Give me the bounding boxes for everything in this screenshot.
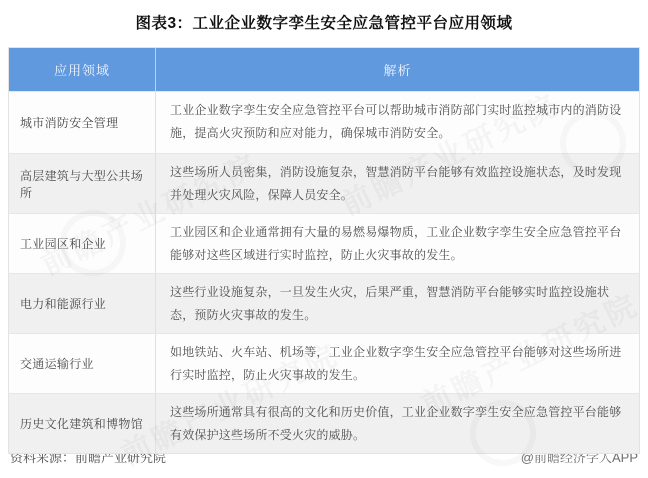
table-row: 电力和能源行业 这些行业设施复杂，一旦发生火灾，后果严重，智慧消防平台能够实时监… [9,273,639,333]
analysis-cell: 这些行业设施复杂，一旦发生火灾，后果严重，智慧消防平台能够实时监控设施状态，预防… [156,274,639,333]
column-header-analysis: 解析 [156,48,639,91]
field-cell: 交通运输行业 [9,334,156,393]
table-row: 城市消防安全管理 工业企业数字孪生安全应急管控平台可以帮助城市消防部门实时监控城… [9,91,639,153]
figure-page: 图表3：工业企业数字孪生安全应急管控平台应用领域 应用领域 解析 城市消防安全管… [0,0,648,478]
field-cell: 电力和能源行业 [9,274,156,333]
field-cell: 历史文化建筑和博物馆 [9,394,156,453]
analysis-cell: 工业企业数字孪生安全应急管控平台可以帮助城市消防部门实时监控城市内的消防设施，提… [156,92,639,153]
column-header-field: 应用领域 [9,48,156,91]
analysis-cell: 如地铁站、火车站、机场等，工业企业数字孪生安全应急管控平台能够对这些场所进行实时… [156,334,639,393]
table-row: 交通运输行业 如地铁站、火车站、机场等，工业企业数字孪生安全应急管控平台能够对这… [9,333,639,393]
table-row: 高层建筑与大型公共场所 这些场所人员密集，消防设施复杂，智慧消防平台能够有效监控… [9,153,639,213]
table-header-row: 应用领域 解析 [9,48,639,91]
table-row: 历史文化建筑和博物馆 这些场所通常具有很高的文化和历史价值，工业企业数字孪生安全… [9,393,639,453]
application-table: 应用领域 解析 城市消防安全管理 工业企业数字孪生安全应急管控平台可以帮助城市消… [8,47,640,454]
field-cell: 工业园区和企业 [9,214,156,273]
analysis-cell: 这些场所人员密集，消防设施复杂，智慧消防平台能够有效监控设施状态，及时发现并处理… [156,154,639,213]
page-title: 图表3：工业企业数字孪生安全应急管控平台应用领域 [0,0,648,33]
field-cell: 高层建筑与大型公共场所 [9,154,156,213]
table-row: 工业园区和企业 工业园区和企业通常拥有大量的易燃易爆物质，工业企业数字孪生安全应… [9,213,639,273]
field-cell: 城市消防安全管理 [9,92,156,153]
analysis-cell: 工业园区和企业通常拥有大量的易燃易爆物质，工业企业数字孪生安全应急管控平台能够对… [156,214,639,273]
analysis-cell: 这些场所通常具有很高的文化和历史价值，工业企业数字孪生安全应急管控平台能够有效保… [156,394,639,453]
